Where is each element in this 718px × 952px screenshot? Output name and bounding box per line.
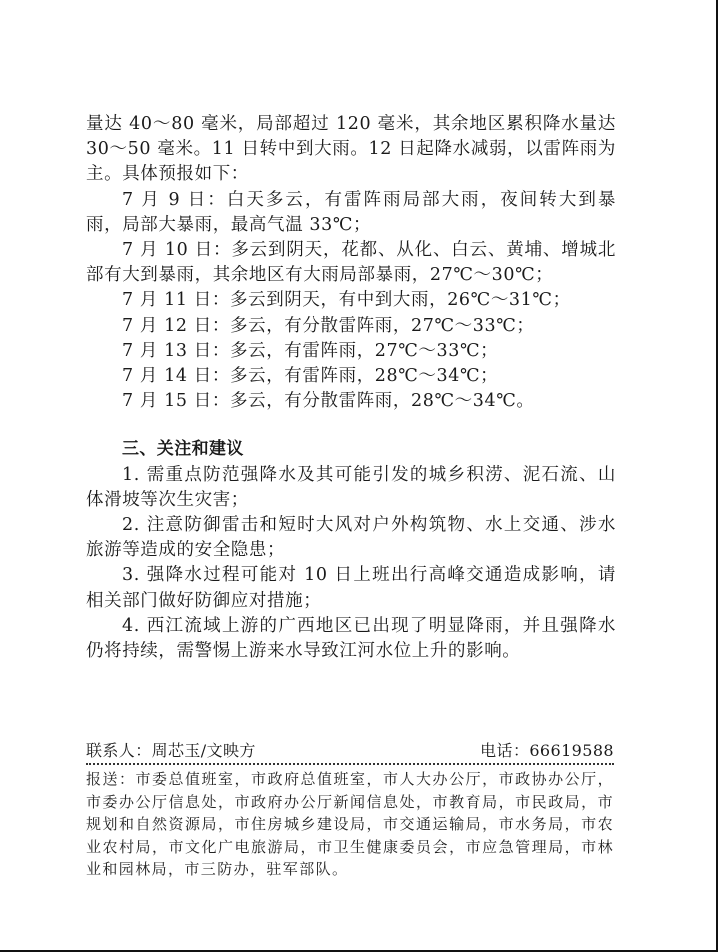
contact-row: 联系人：周芯玉/文映方 电话：66619588: [86, 738, 614, 765]
forecast-day-jul14: 7 月 14 日：多云，有雷阵雨，28℃～34℃；: [86, 364, 616, 389]
section-heading: 三、关注和建议: [86, 437, 616, 462]
contact-person: 联系人：周芯玉/文映方: [86, 738, 256, 761]
forecast-intro-paragraph: 量达 40～80 毫米，局部超过 120 毫米，其余地区累积降水量达 30～50…: [86, 112, 616, 188]
document-body: 量达 40～80 毫米，局部超过 120 毫米，其余地区累积降水量达 30～50…: [86, 112, 616, 664]
recommendation-item: 2. 注意防御雷击和短时大风对户外构筑物、水上交通、涉水旅游等造成的安全隐患；: [86, 513, 616, 563]
forecast-day-jul12: 7 月 12 日：多云，有分散雷阵雨，27℃～33℃；: [86, 314, 616, 339]
recommendation-item: 4. 西江流域上游的广西地区已出现了明显降雨，并且强降水仍将持续，需警惕上游来水…: [86, 614, 616, 664]
forecast-day-jul9: 7 月 9 日：白天多云，有雷阵雨局部大雨，夜间转大到暴雨，局部大暴雨，最高气温…: [86, 188, 616, 238]
contact-phone: 电话：66619588: [480, 738, 614, 761]
forecast-day-jul13: 7 月 13 日：多云，有雷阵雨，27℃～33℃；: [86, 339, 616, 364]
recommendation-item: 3. 强降水过程可能对 10 日上班出行高峰交通造成影响，请相关部门做好防御应对…: [86, 563, 616, 613]
forecast-day-jul10: 7 月 10 日：多云到阴天，花都、从化、白云、黄埔、增城北部有大到暴雨，其余地…: [86, 238, 616, 288]
forecast-day-jul15: 7 月 15 日：多云，有分散雷阵雨，28℃～34℃。: [86, 389, 616, 414]
forecast-day-jul11: 7 月 11 日：多云到阴天，有中到大雨，26℃～31℃；: [86, 288, 616, 313]
distribution-list: 报送：市委总值班室，市政府总值班室，市人大办公厅，市政协办公厅，市委办公厅信息处…: [86, 768, 614, 881]
document-footer: 联系人：周芯玉/文映方 电话：66619588 报送：市委总值班室，市政府总值班…: [86, 738, 614, 881]
recommendation-item: 1. 需重点防范强降水及其可能引发的城乡积涝、泥石流、山体滑坡等次生灾害；: [86, 463, 616, 513]
